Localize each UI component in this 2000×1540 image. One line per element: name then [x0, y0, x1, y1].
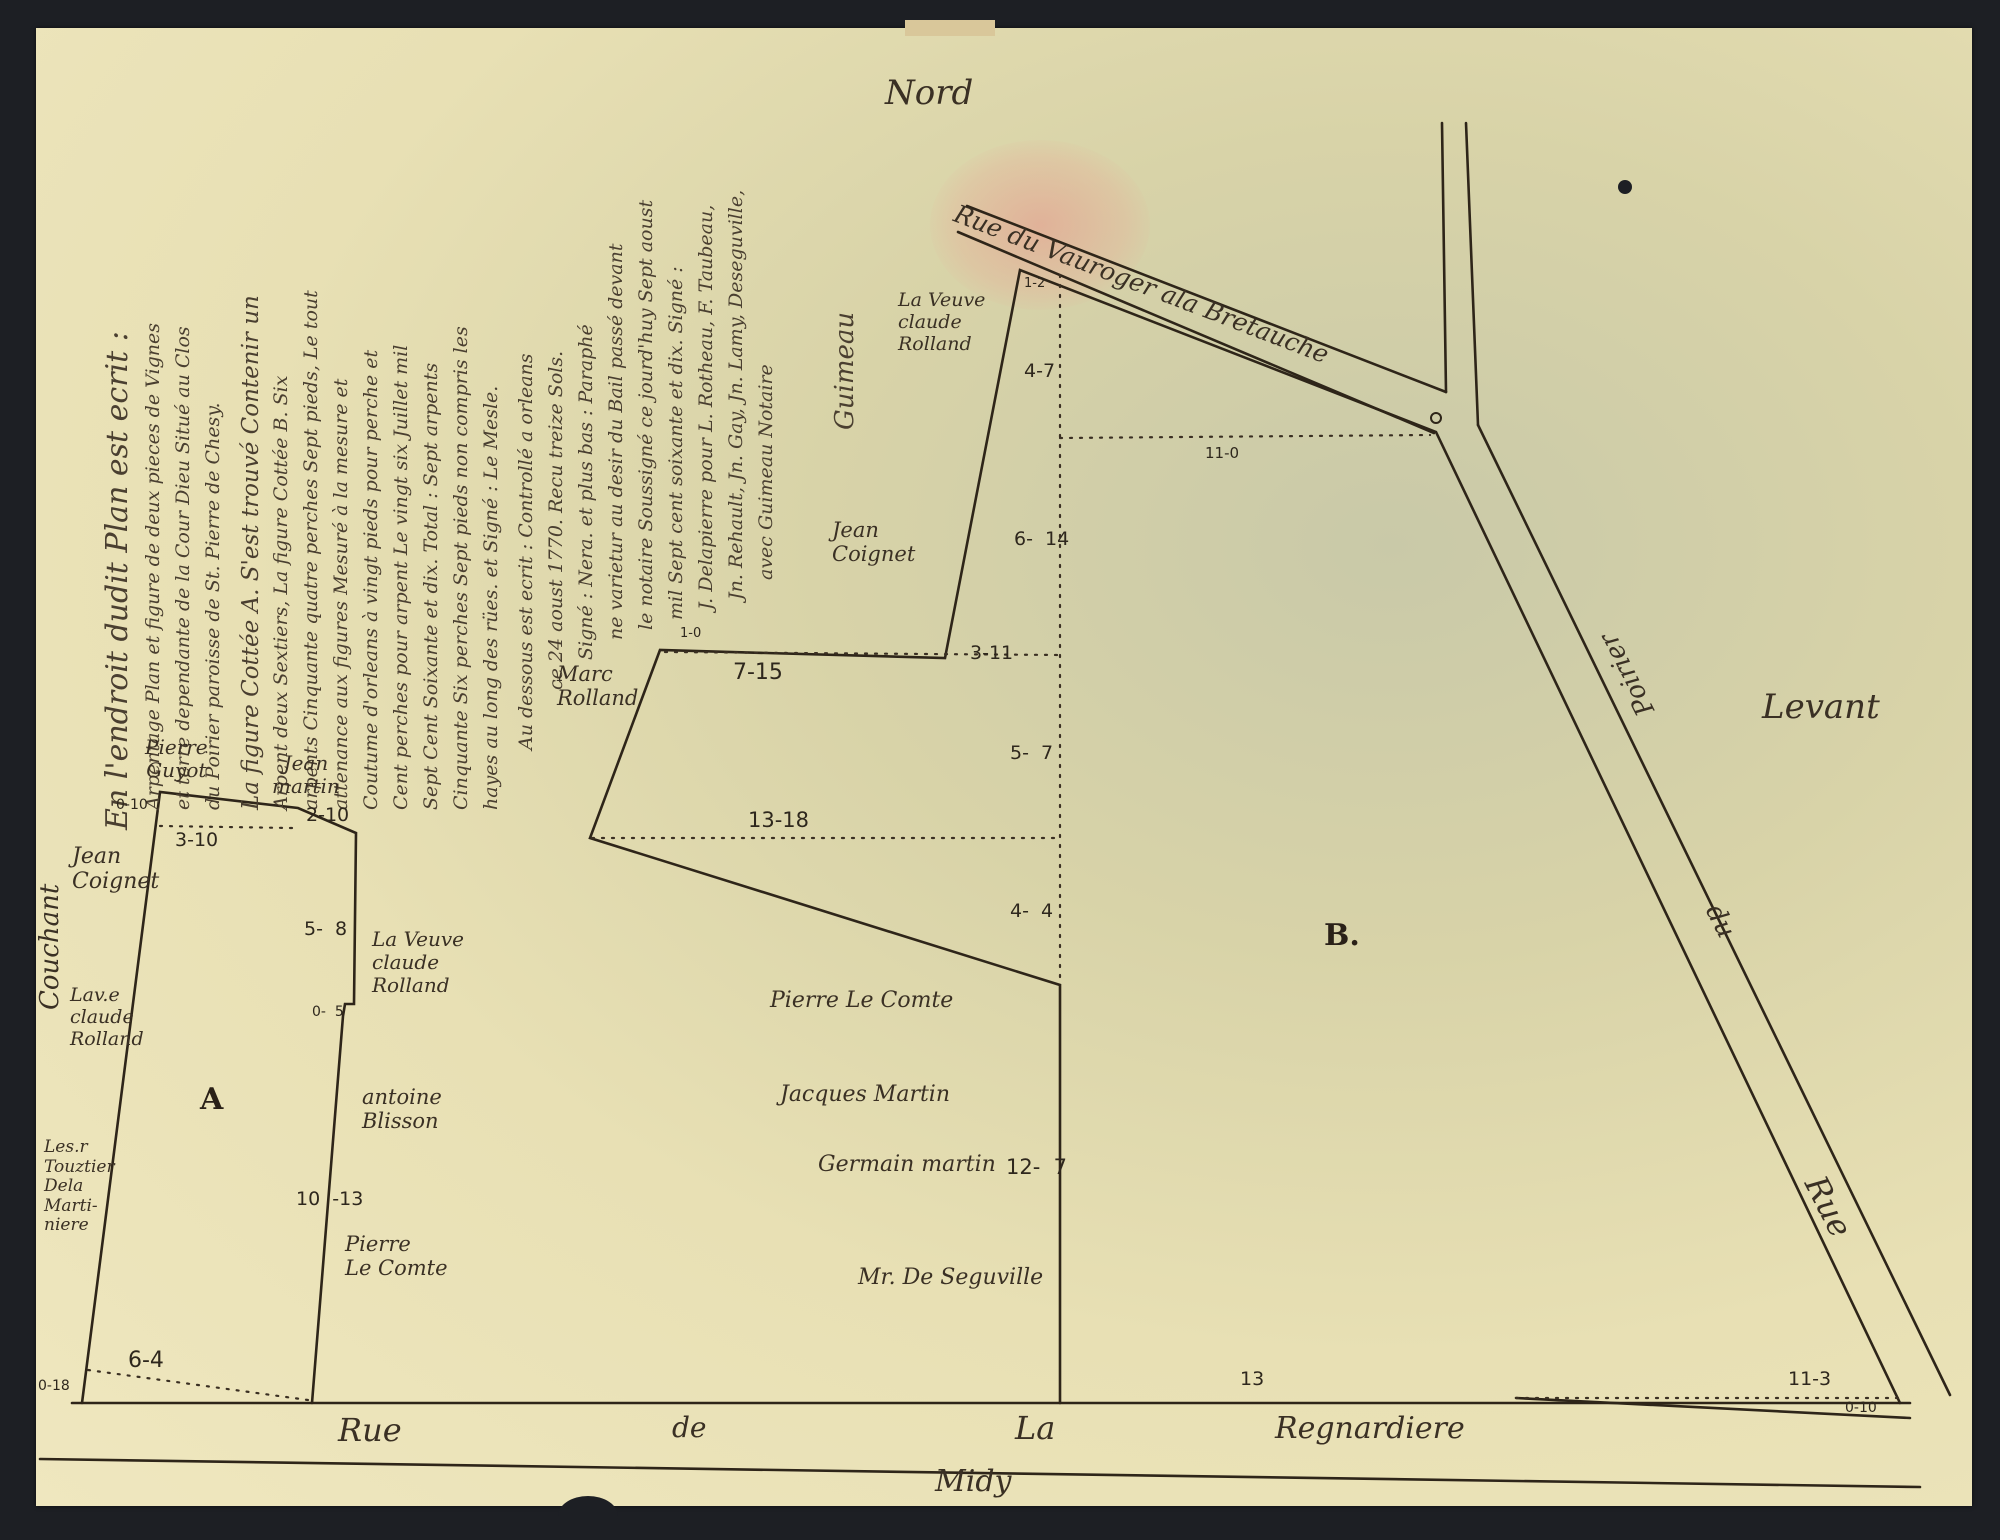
notes-line: Sept Cent Soixante et dix. Total : Sept … [420, 363, 442, 810]
notes-line: Cinquante Six perches Sept pieds non com… [450, 326, 472, 810]
notes-line: J. Delapierre pour L. Rotheau, F. Taubea… [695, 205, 717, 610]
north-road-line-right [1466, 123, 1478, 425]
neighbour-touztier: Les.r Touztier Dela Marti- niere [44, 1138, 115, 1236]
dotted-a-top [160, 826, 292, 828]
notes-line: Jn. Rehault, Jn. Gay, Jn. Lamy, Deseguvi… [725, 190, 747, 600]
measure-a-top-dotted: 3-10 [175, 829, 218, 851]
neighbour-pierre-guyot: Pierre Guyot [145, 736, 208, 782]
measure-b-step-corner: 1-0 [680, 626, 701, 641]
neighbour-pierre-le-comte-a: Pierre Le Comte [345, 1232, 448, 1280]
notes-line: Au dessous est ecrit : Controllé a orlea… [515, 353, 537, 750]
measure-b-dotted-low: 13-18 [748, 808, 809, 832]
measure-b-v5: 12- 7 [1006, 1155, 1067, 1179]
street-bottom-rue: Rue [338, 1412, 402, 1449]
notes-line: avec Guimeau Notaire [755, 364, 777, 580]
street-bottom-de: de [672, 1412, 707, 1444]
neighbour-veuve-rolland-north: La Veuve claude Rolland [898, 290, 985, 356]
measure-b-v4: 4- 4 [1010, 900, 1053, 922]
measure-b-bottom-right: 11-3 [1788, 1368, 1831, 1390]
notes-line: hayes au long des rües. et Signé : Le Me… [480, 386, 502, 810]
compass-east: Levant [1762, 688, 1880, 727]
neighbour-jean-coignet-west: Jean Coignet [72, 844, 159, 895]
neighbour-jean-coignet-north: Jean Coignet [832, 518, 915, 566]
measure-b-v3: 5- 7 [1010, 742, 1053, 764]
notes-line: arpents Cinquante quatre perches Sept pi… [300, 290, 322, 810]
parcel-b-label: B. [1324, 918, 1360, 953]
compass-west: Couchant [36, 884, 66, 1010]
notes-line: attenance aux figures Mesuré à la mesure… [330, 379, 352, 810]
measure-b-dotted-top: 11-0 [1205, 444, 1239, 462]
measure-b-top: 1-2 [1024, 276, 1045, 291]
measure-a-right-step: 0- 5 [312, 1004, 344, 1020]
neighbour-de-seguville: Mr. De Seguville [858, 1265, 1043, 1290]
street-bottom-regnardiere: Regnardiere [1275, 1412, 1465, 1447]
compass-north: Nord [885, 74, 973, 113]
parcel-a-label: A [200, 1082, 223, 1117]
notary-signature: Guimeau [830, 312, 860, 430]
survey-marker-icon [1431, 413, 1441, 423]
measure-a-top-left: 0-10 [116, 797, 148, 813]
measure-a-top-right: 2-10 [306, 804, 349, 826]
measure-b-bottom: 13 [1240, 1368, 1264, 1390]
neighbour-jean-martin: Jean martin [272, 752, 340, 798]
rue-vauroger-line-lower [958, 232, 1434, 433]
neighbour-antoine-blisson: antoine Blisson [362, 1085, 442, 1133]
neighbour-marc-rolland: Marc Rolland [557, 662, 638, 710]
notes-line: La figure Cottée A. S'est trouvé Conteni… [238, 295, 264, 810]
notes-line: mil Sept cent soixante et dix. Signé : [665, 266, 687, 620]
notes-line: Signé : Nera. et plus bas : Paraphé [575, 324, 597, 660]
measure-a-bottom-left: 0-18 [38, 1378, 70, 1394]
compass-south: Midy [935, 1465, 1011, 1500]
notes-line: ne varietur au desir du Bail passé devan… [605, 244, 627, 640]
neighbour-veuve-rolland-west: Lav.e claude Rolland [70, 985, 144, 1051]
measure-b-step-right: 3-11 [970, 642, 1013, 664]
measure-b-v2: 6- 14 [1014, 528, 1069, 550]
notes-line: Cent perches pour arpent Le vingt six Ju… [390, 345, 412, 810]
neighbour-jacques-martin: Jacques Martin [780, 1082, 950, 1107]
notes-line: Coutume d'orleans à vingt pieds pour per… [360, 350, 382, 810]
measure-b-v1: 4-7 [1024, 360, 1055, 382]
notes-line: Arpent deux Sextiers, La figure Cottée B… [270, 376, 292, 810]
measure-a-right-upper: 5- 8 [304, 918, 347, 940]
neighbour-veuve-rolland-east: La Veuve claude Rolland [372, 928, 464, 997]
dotted-a-bottom [88, 1370, 308, 1400]
notes-title: En l'endroit dudit Plan est ecrit : [100, 331, 135, 830]
street-bottom-la: La [1015, 1410, 1055, 1447]
notes-line: le notaire Soussigné ce jourd'huy Sept a… [635, 200, 657, 630]
neighbour-germain-martin: Germain martin [818, 1152, 996, 1177]
north-road-line-left [1442, 123, 1446, 392]
measure-b-corner: 0-10 [1845, 1400, 1877, 1416]
measure-a-right-lower: 10 -13 [296, 1188, 363, 1210]
notes-line: ce 24 aoust 1770. Recu treize Sols. [545, 351, 567, 690]
measure-b-dotted-mid: 7-15 [733, 660, 783, 685]
neighbour-pierre-le-comte-b: Pierre Le Comte [770, 988, 953, 1013]
measure-a-bottom: 6-4 [128, 1348, 164, 1373]
dotted-b-top [1060, 435, 1430, 438]
